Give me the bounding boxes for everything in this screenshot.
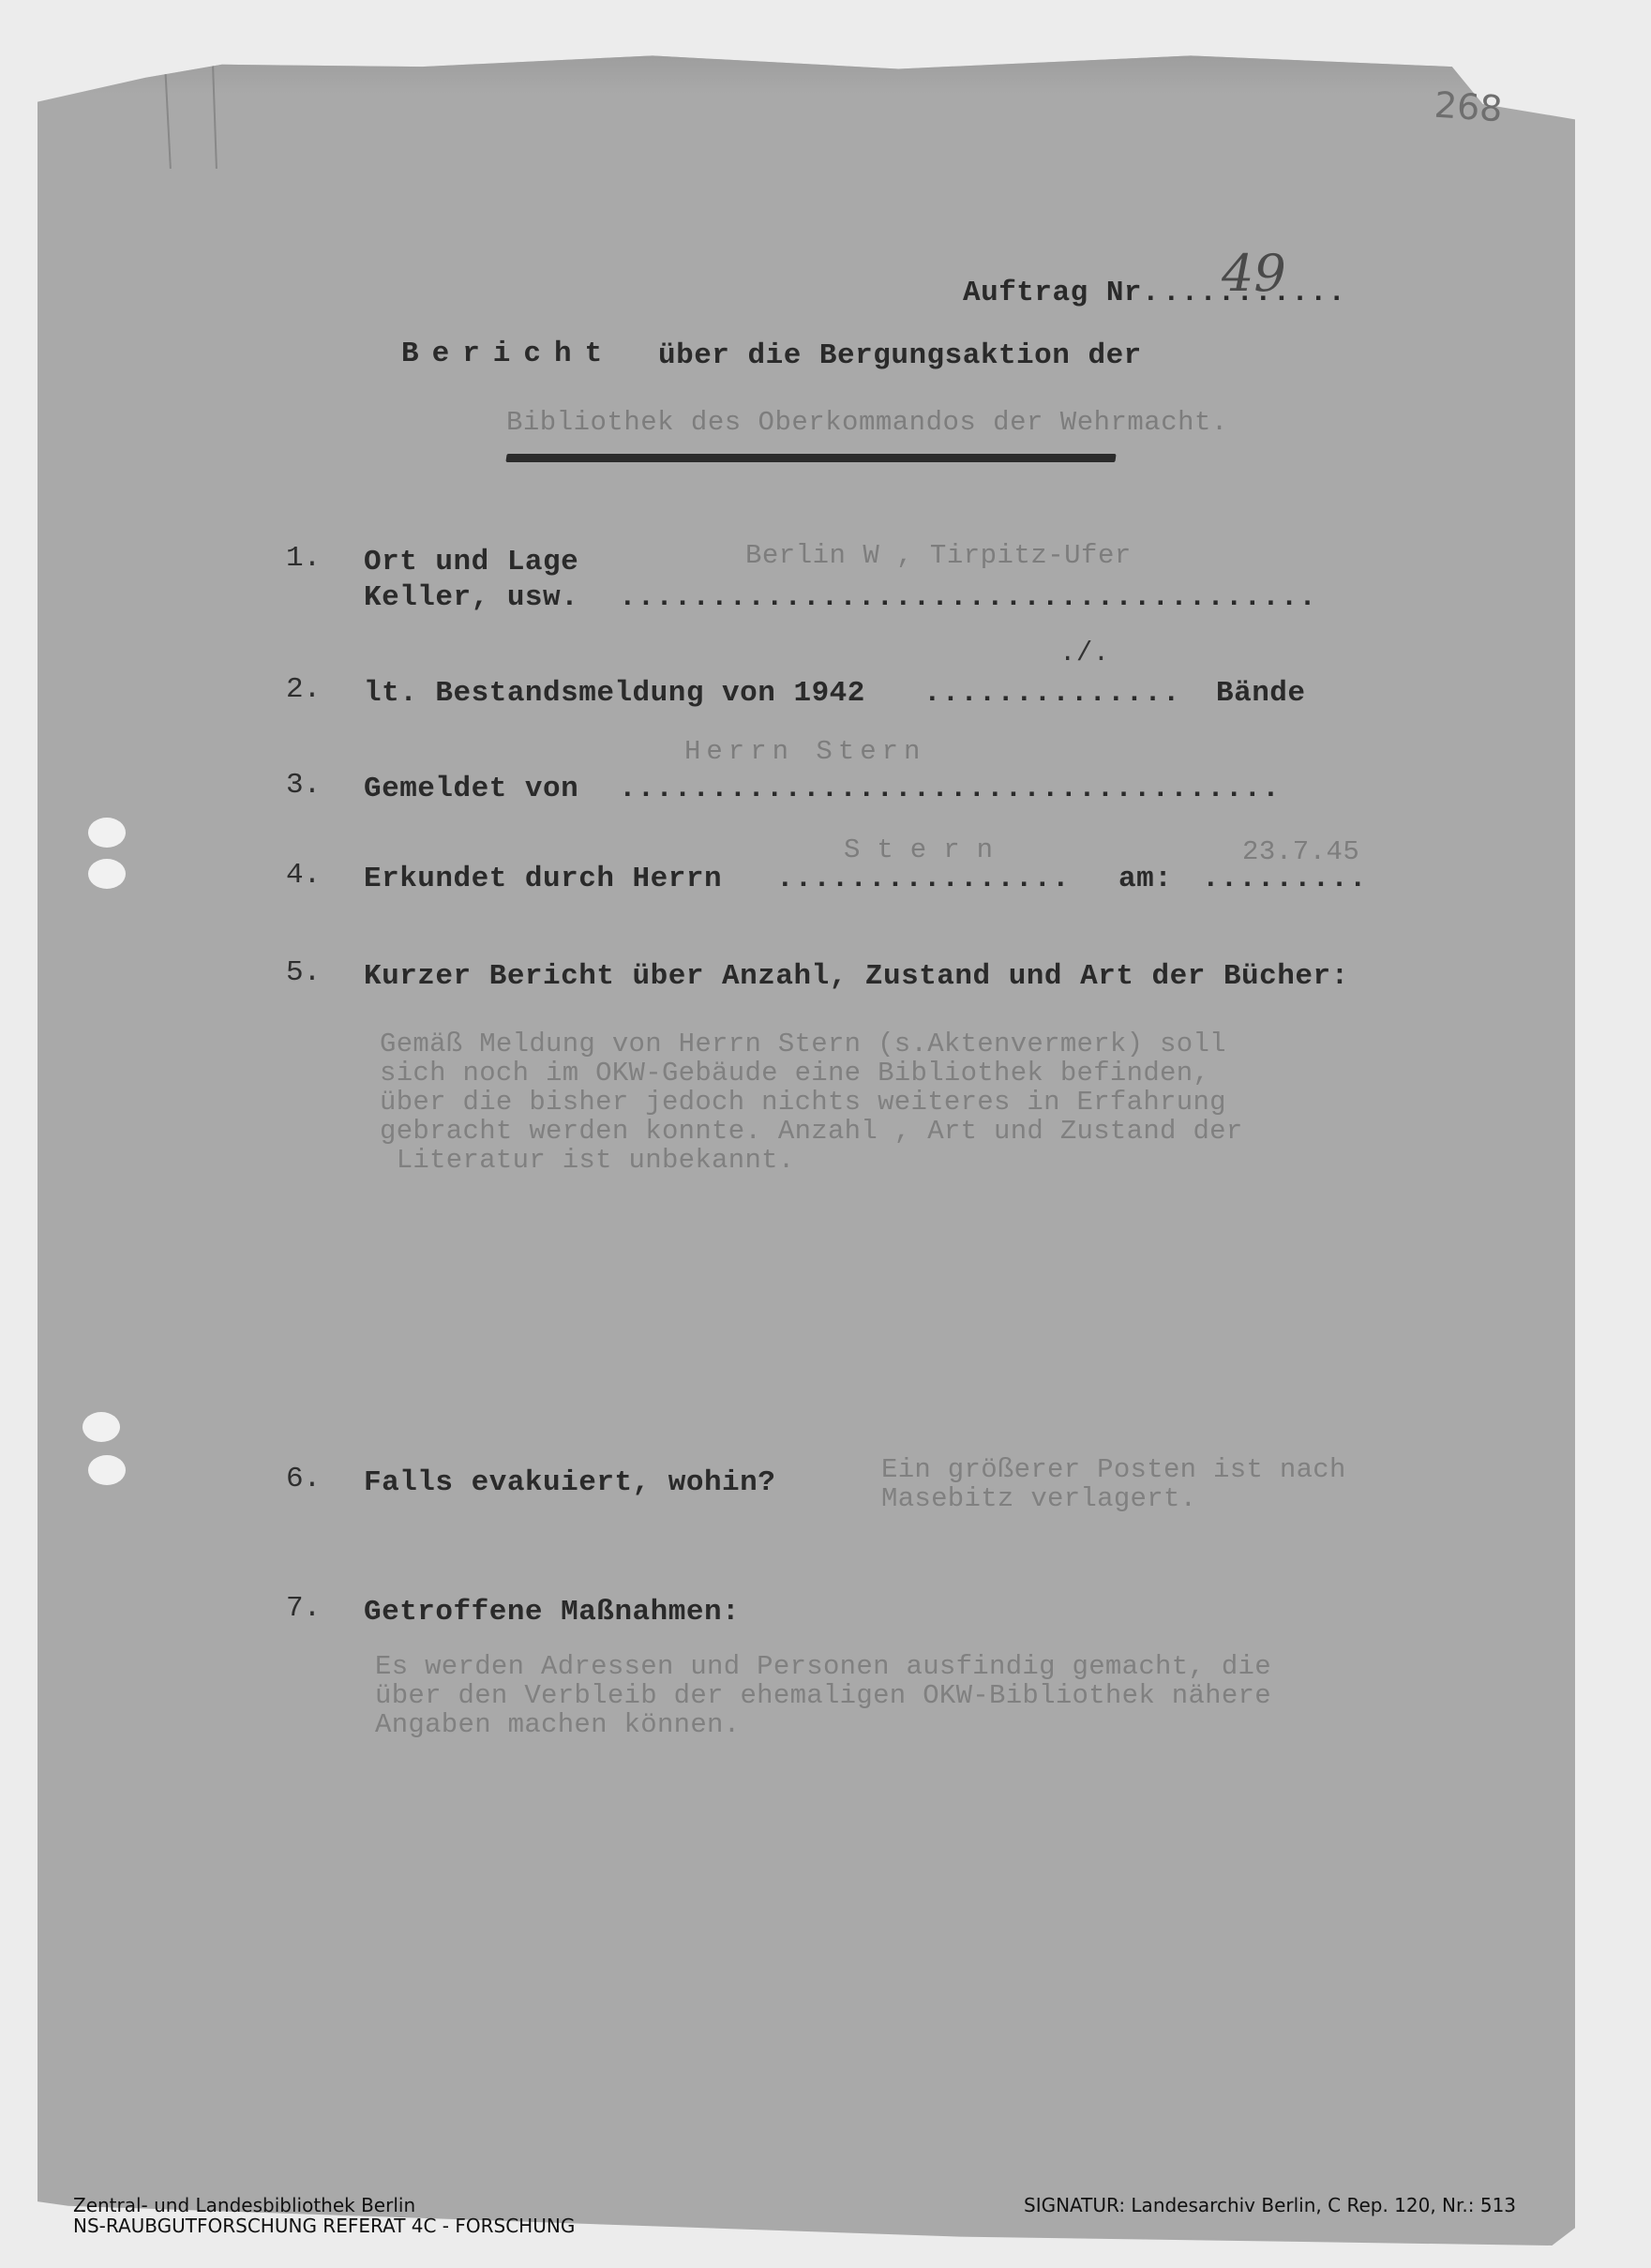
answer-explored-by: Stern: [844, 834, 1010, 865]
footer-signature: SIGNATUR: Landesarchiv Berlin, C Rep. 12…: [1024, 2195, 1516, 2215]
answer-volumes: ./.: [1059, 638, 1110, 668]
order-label: Auftrag Nr.: [963, 277, 1160, 309]
volumes-suffix: Bände: [1216, 677, 1306, 710]
item-number: 3.: [286, 769, 321, 802]
order-number: 49: [1222, 244, 1286, 303]
item-label: lt. Bestandsmeldung von 1942: [364, 677, 865, 710]
item-number: 5.: [286, 956, 321, 989]
answer-line: Masebitz verlagert.: [881, 1484, 1346, 1513]
item-number: 6.: [286, 1463, 321, 1495]
item-number: 7.: [286, 1592, 321, 1625]
answer-line: Literatur ist unbekannt.: [380, 1146, 1243, 1175]
item-label: Erkundet durch Herrn: [364, 863, 722, 895]
punch-hole: [88, 818, 126, 848]
punch-hole: [88, 1455, 126, 1485]
item-label: Falls evakuiert, wohin?: [364, 1466, 775, 1499]
item-label: Getroffene Maßnahmen:: [364, 1596, 740, 1629]
archive-page-number: 268: [1433, 84, 1504, 130]
date-label: am:: [1118, 863, 1172, 895]
answer-line: Gemäß Meldung von Herrn Stern (s.Aktenve…: [380, 1029, 1243, 1059]
punch-hole: [83, 1412, 120, 1442]
answer-line: gebracht werden konnte. Anzahl , Art und…: [380, 1117, 1243, 1146]
fill-dots: ......................................: [619, 581, 1317, 614]
item-label: Keller, usw.: [364, 581, 578, 614]
fill-dots: .........: [1202, 863, 1367, 895]
item-label: Ort und Lage: [364, 546, 578, 578]
answer-reported-by: Herrn Stern: [684, 736, 925, 767]
item-number: 2.: [286, 673, 321, 706]
answer-line: über die bisher jedoch nichts weiteres i…: [380, 1088, 1243, 1117]
footer-left: Zentral- und Landesbibliothek Berlin NS-…: [73, 2195, 575, 2236]
fill-dots: ................: [776, 863, 1071, 895]
item-number: 4.: [286, 859, 321, 892]
fill-dots: ....................................: [619, 773, 1281, 805]
item-label: Gemeldet von: [364, 773, 578, 805]
footer-institution: Zentral- und Landesbibliothek Berlin: [73, 2195, 575, 2215]
fill-dots: ..............: [923, 677, 1180, 710]
answer-location: Berlin W , Tirpitz-Ufer: [745, 540, 1132, 571]
item-number: 1.: [286, 542, 321, 575]
answer-line: Ein größerer Posten ist nach: [881, 1455, 1346, 1484]
answer-line: Angaben machen können.: [375, 1710, 1271, 1739]
answer-line: über den Verbleib der ehemaligen OKW-Bib…: [375, 1681, 1271, 1710]
answer-book-report: Gemäß Meldung von Herrn Stern (s.Aktenve…: [380, 1029, 1243, 1175]
title-spaced-word: Bericht: [401, 338, 615, 370]
title-subject: Bibliothek des Oberkommandos der Wehrmac…: [506, 407, 1228, 438]
punch-hole: [88, 859, 126, 889]
answer-line: Es werden Adressen und Personen ausfindi…: [375, 1652, 1271, 1681]
subject-underline: [505, 454, 1116, 462]
title-rest: über die Bergungsaktion der: [658, 339, 1142, 372]
answer-line: sich noch im OKW-Gebäude eine Bibliothek…: [380, 1059, 1243, 1088]
item-label: Kurzer Bericht über Anzahl, Zustand und …: [364, 960, 1349, 993]
answer-evacuation: Ein größerer Posten ist nach Masebitz ve…: [881, 1455, 1346, 1513]
sheet-top-shadow: [38, 47, 1575, 94]
footer-department: NS-RAUBGUTFORSCHUNG REFERAT 4C - FORSCHU…: [73, 2215, 575, 2236]
answer-measures: Es werden Adressen und Personen ausfindi…: [375, 1652, 1271, 1739]
